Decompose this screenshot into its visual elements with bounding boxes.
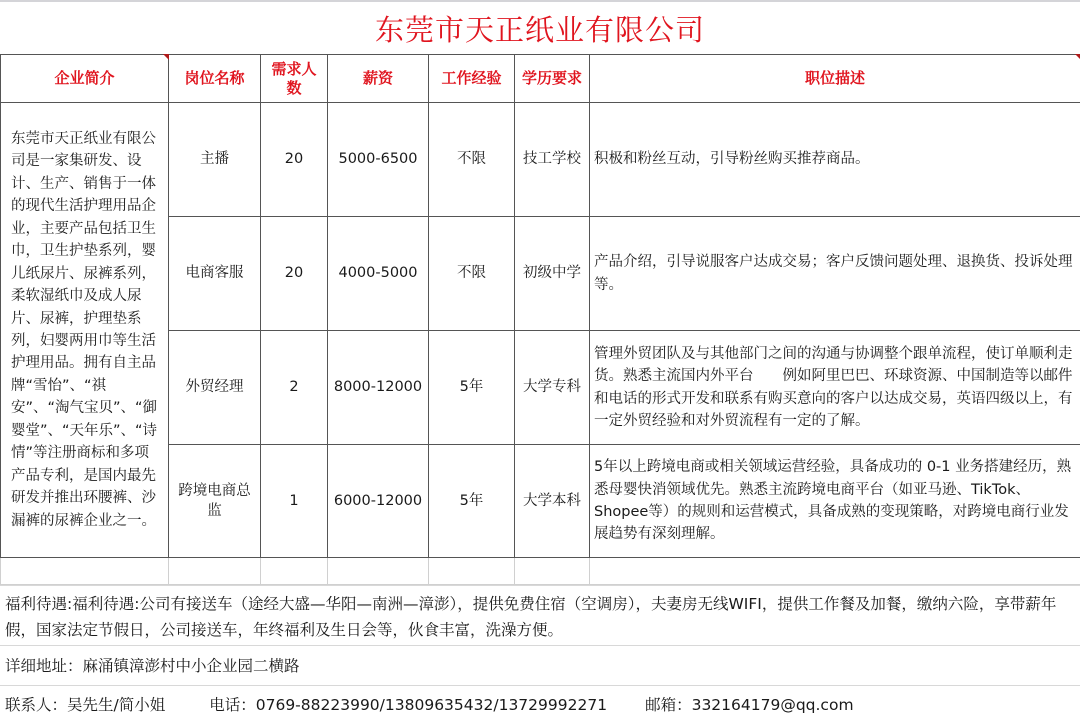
headcount-cell: 20 [261,217,328,331]
headcount-cell: 1 [261,445,328,558]
empty-cell [328,558,429,585]
job-table: 企业简介 岗位名称 需求人 数 薪资 工作经验 学历要求 职位描述 东莞市天正纸… [0,54,1080,585]
company-intro-cell: 东莞市天正纸业有限公司是一家集研发、设计、生产、销售于一体的现代生活护理用品企业… [1,103,169,558]
table-header-row: 企业简介 岗位名称 需求人 数 薪资 工作经验 学历要求 职位描述 [1,55,1080,103]
header-headcount-text: 需求人 数 [271,60,316,97]
headcount-cell: 2 [261,331,328,445]
experience-cell: 不限 [429,103,515,217]
address-text: 详细地址：麻涌镇漳澎村中小企业园二横路 [0,645,1080,685]
position-cell: 外贸经理 [169,331,261,445]
empty-cell [1,558,169,585]
contact-row: 联系人：吴先生/简小姐 电话：0769-88223990/13809635432… [0,685,1080,723]
description-cell: 积极和粉丝互动，引导粉丝购买推荐商品。 [590,103,1080,217]
salary-cell: 6000-12000 [328,445,429,558]
position-cell: 电商客服 [169,217,261,331]
benefits-text: 福利待遇:福利待遇:公司有接送车（途经大盛—华阳—南洲—漳澎），提供免费住宿（空… [0,585,1080,645]
empty-cell [590,558,1080,585]
experience-cell: 5年 [429,445,515,558]
headcount-cell: 20 [261,103,328,217]
contact-person: 联系人：吴先生/简小姐 [5,686,165,723]
experience-cell: 不限 [429,217,515,331]
empty-cell [429,558,515,585]
header-salary: 薪资 [328,55,429,103]
description-cell: 产品介绍，引导说服客户达成交易；客户反馈问题处理、退换货、投诉处理等。 [590,217,1080,331]
header-description: 职位描述 [590,55,1080,103]
education-cell: 大学专科 [515,331,590,445]
salary-cell: 5000-6500 [328,103,429,217]
position-cell: 跨境电商总监 [169,445,261,558]
empty-row [1,558,1080,585]
description-cell: 5年以上跨境电商或相关领域运营经验，具备成功的 0-1 业务搭建经历，熟悉母婴快… [590,445,1080,558]
contact-phone: 电话：0769-88223990/13809635432/13729992271 [209,686,607,723]
salary-cell: 4000-5000 [328,217,429,331]
contact-email: 邮箱：332164179@qq.com [645,686,853,723]
header-position: 岗位名称 [169,55,261,103]
page-title: 东莞市天正纸业有限公司 [0,2,1080,54]
empty-cell [261,558,328,585]
empty-cell [515,558,590,585]
education-cell: 大学本科 [515,445,590,558]
position-cell: 主播 [169,103,261,217]
table-row: 东莞市天正纸业有限公司是一家集研发、设计、生产、销售于一体的现代生活护理用品企业… [1,103,1080,217]
empty-cell [169,558,261,585]
description-cell: 管理外贸团队及与其他部门之间的沟通与协调整个跟单流程，使订单顺利走货。熟悉主流国… [590,331,1080,445]
salary-cell: 8000-12000 [328,331,429,445]
education-cell: 技工学校 [515,103,590,217]
header-company-intro: 企业简介 [1,55,169,103]
header-headcount: 需求人 数 [261,55,328,103]
header-education: 学历要求 [515,55,590,103]
header-experience: 工作经验 [429,55,515,103]
education-cell: 初级中学 [515,217,590,331]
experience-cell: 5年 [429,331,515,445]
